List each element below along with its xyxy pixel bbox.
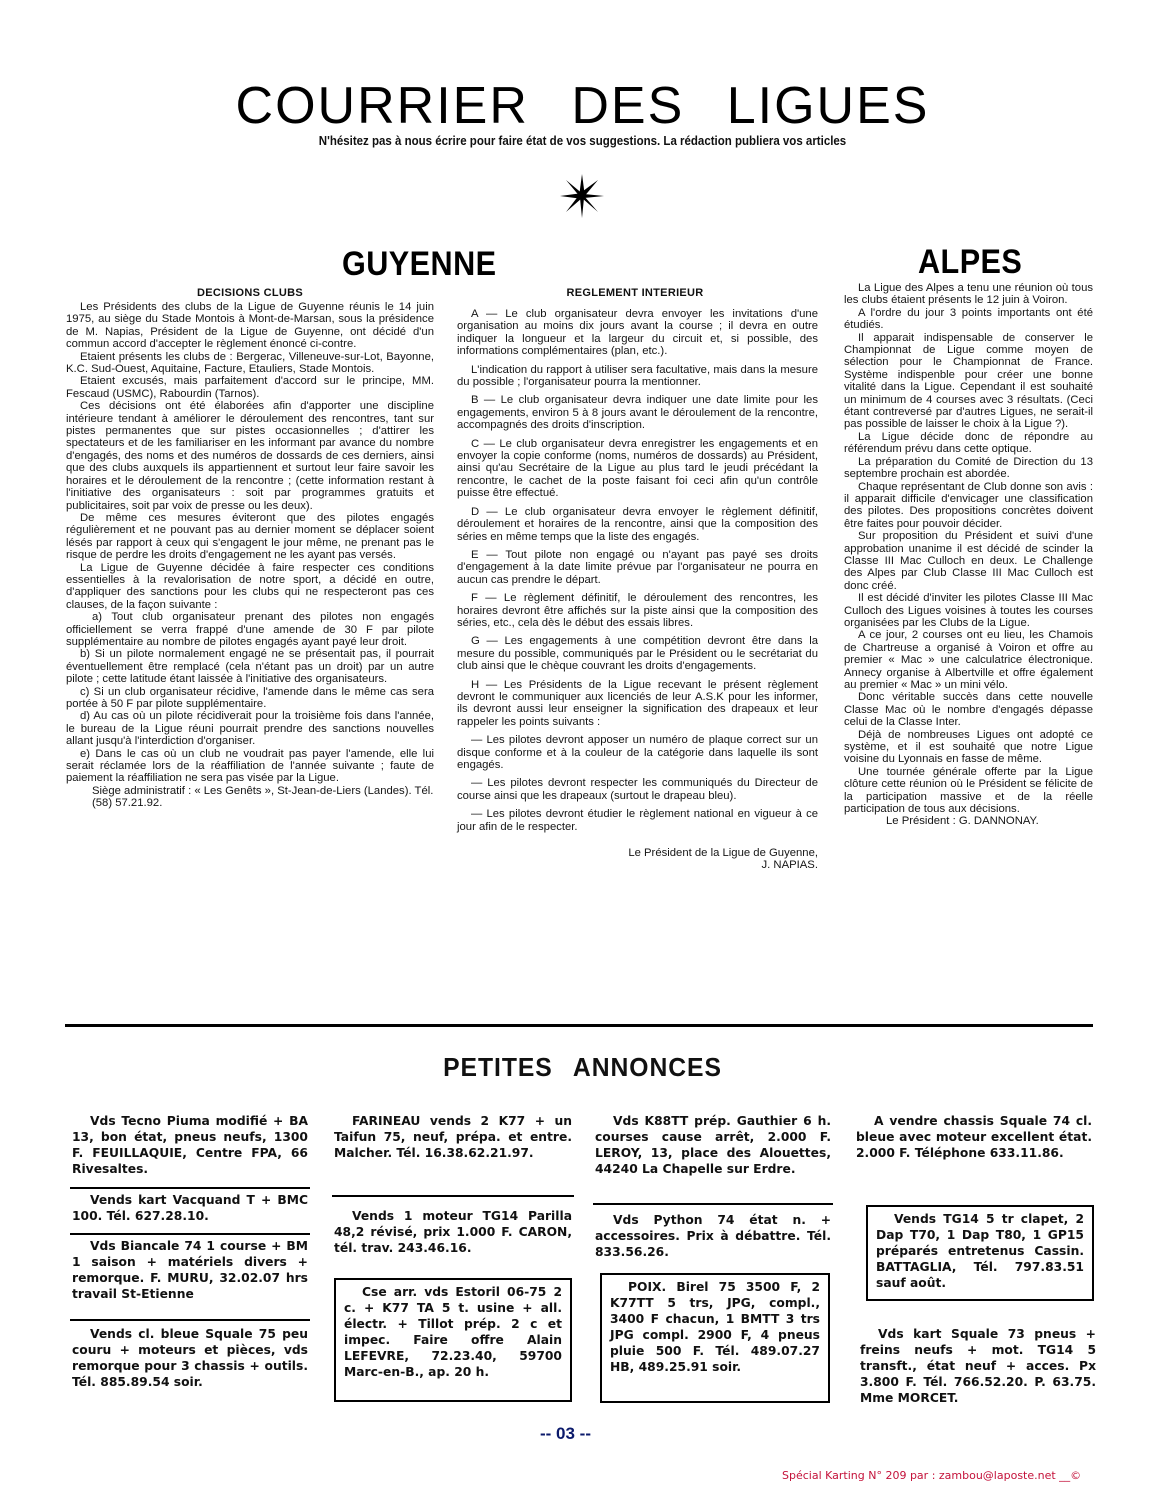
credit-line: Spécial Karting N° 209 par : zambou@lapo… [782, 1469, 1081, 1482]
paragraph: Déjà de nombreuses Ligues ont adopté ce … [844, 729, 1093, 766]
ad-divider [70, 1319, 310, 1321]
paragraph: Chaque représentant de Club donne son av… [844, 481, 1093, 531]
alpes-column: La Ligue des Alpes a tenu une réunion où… [844, 282, 1093, 828]
classified-ad: Vds Tecno Piuma modifié + BA 13, bon éta… [72, 1113, 308, 1177]
classified-ad: A vendre chassis Squale 74 cl. bleue ave… [856, 1113, 1092, 1161]
sanction-item: e) Dans le cas où un club ne voudrait pa… [66, 748, 434, 785]
paragraph: D — Le club organisateur devra envoyer l… [457, 506, 818, 543]
classified-ad-boxed: Vends TG14 5 tr clapet, 2 Dap T70, 1 Dap… [866, 1205, 1094, 1301]
paragraph: Ces décisions ont été élaborées afin d'a… [66, 400, 434, 512]
paragraph: La Ligue décide donc de répondre au réfé… [844, 431, 1093, 456]
section-divider [65, 1024, 1093, 1027]
paragraph: B — Le club organisateur devra indiquer … [457, 394, 818, 431]
paragraph: F — Le règlement définitif, le dérouleme… [457, 592, 818, 629]
paragraph: Il est décidé d'inviter les pilotes Clas… [844, 592, 1093, 629]
paragraph: A — Le club organisateur devra envoyer l… [457, 308, 818, 358]
paragraph: A ce jour, 2 courses ont eu lieu, les Ch… [844, 629, 1093, 691]
classified-ad: Vds Biancale 74 1 course + BM 1 saison +… [72, 1238, 308, 1302]
page-number: -- 03 -- [540, 1424, 591, 1444]
signature-title: Le Président de la Ligue de Guyenne, [457, 847, 818, 859]
paragraph: A l'ordre du jour 3 points importants on… [844, 307, 1093, 332]
ad-divider [593, 1203, 833, 1205]
classified-ad: Vends 1 moteur TG14 Parilla 48,2 révisé,… [334, 1208, 572, 1256]
paragraph: La préparation du Comité de Direction du… [844, 456, 1093, 481]
address: Siège administratif : « Les Genêts », St… [66, 785, 434, 810]
paragraph: Sur proposition du Président et suivi d'… [844, 530, 1093, 592]
guyenne-heading: GUYENNE [342, 246, 496, 282]
sanction-item: b) Si un pilote normalement engagé ne se… [66, 648, 434, 685]
ad-divider [332, 1195, 574, 1197]
paragraph: E — Tout pilote non engagé ou n'ayant pa… [457, 549, 818, 586]
classified-ad: Vends cl. bleue Squale 75 peu couru + mo… [72, 1326, 308, 1390]
reglement-column: A — Le club organisateur devra envoyer l… [457, 308, 818, 872]
paragraph: Etaient présents les clubs de : Bergerac… [66, 351, 434, 376]
classified-ad-boxed: Cse arr. vds Estoril 06-75 2 c. + K77 TA… [334, 1278, 572, 1402]
paragraph: G — Les engagements à une compétition de… [457, 635, 818, 672]
ad-divider [70, 1233, 310, 1235]
paragraph: C — Le club organisateur devra enregistr… [457, 438, 818, 500]
classifieds-heading: PETITES ANNONCES [29, 1052, 1136, 1083]
star-icon [560, 174, 604, 218]
paragraph: La Ligue de Guyenne décidée à faire resp… [66, 562, 434, 612]
paragraph: De même ces mesures éviteront que des pi… [66, 512, 434, 562]
paragraph: — Les pilotes devront apposer un numéro … [457, 734, 818, 771]
reglement-heading: REGLEMENT INTERIEUR [450, 287, 820, 299]
classified-ad: Vds K88TT prép. Gauthier 6 h. courses ca… [595, 1113, 831, 1177]
paragraph: — Les pilotes devront étudier le règleme… [457, 808, 818, 833]
sanction-item: a) Tout club organisateur prenant des pi… [66, 611, 434, 648]
page-subtitle: N'hésitez pas à nous écrire pour faire é… [47, 134, 1119, 148]
classified-ad-boxed: POIX. Birel 75 3500 F, 2 K77TT 5 trs, JP… [600, 1273, 830, 1403]
page-title: COURRIER DES LIGUES [0, 78, 1165, 134]
paragraph: Une tournée générale offerte par la Ligu… [844, 766, 1093, 816]
paragraph: L'indication du rapport à utiliser sera … [457, 364, 818, 389]
decisions-column: Les Présidents des clubs de la Ligue de … [66, 301, 434, 810]
signature-name: J. NAPIAS. [457, 859, 818, 871]
paragraph: Donc véritable succès dans cette nouvell… [844, 691, 1093, 728]
paragraph: La Ligue des Alpes a tenu une réunion où… [844, 282, 1093, 307]
paragraph: Etaient excusés, mais parfaitement d'acc… [66, 375, 434, 400]
magazine-page: COURRIER DES LIGUES N'hésitez pas à nous… [0, 0, 1165, 1500]
decisions-heading: DECISIONS CLUBS [65, 287, 435, 299]
paragraph: Il apparait indispensable de conserver l… [844, 332, 1093, 431]
classified-ad: Vends kart Vacquand T + BMC 100. Tél. 62… [72, 1192, 308, 1224]
paragraph: H — Les Présidents de la Ligue recevant … [457, 679, 818, 729]
classified-ad: FARINEAU vends 2 K77 + un Taifun 75, neu… [334, 1113, 572, 1161]
ad-divider [70, 1187, 310, 1189]
sanction-item: c) Si un club organisateur récidive, l'a… [66, 686, 434, 711]
paragraph: — Les pilotes devront respecter les comm… [457, 777, 818, 802]
signature: Le Président : G. DANNONAY. [844, 815, 1093, 827]
paragraph: Les Présidents des clubs de la Ligue de … [66, 301, 434, 351]
alpes-heading: ALPES [918, 244, 1022, 280]
classified-ad: Vds kart Squale 73 pneus + freins neufs … [860, 1326, 1096, 1406]
sanction-item: d) Au cas où un pilote récidiverait pour… [66, 710, 434, 747]
classified-ad: Vds Python 74 état n. + accessoires. Pri… [595, 1212, 831, 1260]
